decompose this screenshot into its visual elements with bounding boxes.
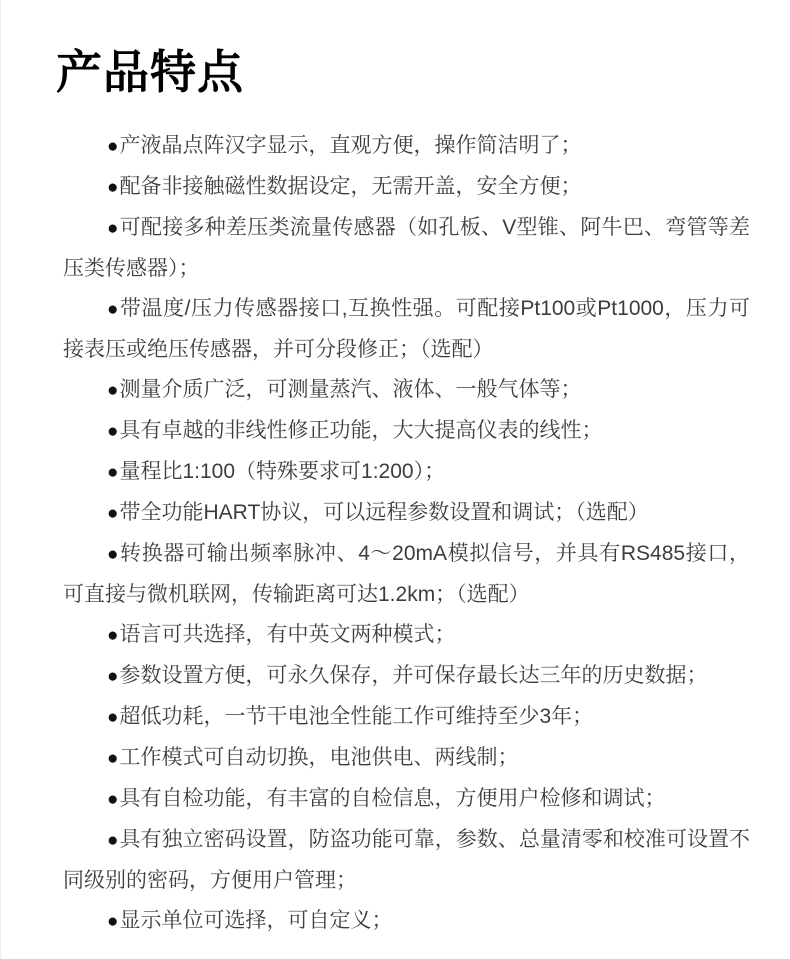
feature-item: ●可配接多种差压类流量传感器（如孔板、V型锥、阿牛巴、弯管等差压类传感器）；	[63, 208, 750, 289]
feature-text: 具有自检功能，有丰富的自检信息，方便用户检修和调试；	[119, 787, 665, 810]
bullet-icon: ●	[107, 911, 118, 932]
bullet-icon: ●	[107, 707, 118, 728]
feature-item: ●显示单位可选择，可自定义；	[63, 901, 750, 942]
feature-text: 参数设置方便，可永久保存，并可保存最长达三年的历史数据；	[119, 664, 707, 687]
feature-list: ●产液晶点阵汉字显示，直观方便，操作简洁明了； ●配备非接触磁性数据设定，无需开…	[1, 126, 790, 942]
feature-text: 具有卓越的非线性修正功能，大大提高仪表的线性；	[119, 419, 602, 442]
feature-text: 带全功能HART协议，可以远程参数设置和调试；（选配）	[119, 501, 648, 524]
bullet-icon: ●	[107, 218, 119, 239]
feature-text: 配备非接触磁性数据设定，无需开盖，安全方便；	[119, 175, 581, 198]
feature-text: 转换器可输出频率脉冲、4～20mA模拟信号，并具有RS485接口，可直接与微机联…	[63, 542, 750, 606]
bullet-icon: ●	[107, 136, 118, 157]
feature-item: ●带全功能HART协议，可以远程参数设置和调试；（选配）	[63, 493, 750, 534]
bullet-icon: ●	[107, 625, 118, 646]
product-features-page: 产品特点 ●产液晶点阵汉字显示，直观方便，操作简洁明了； ●配备非接触磁性数据设…	[0, 0, 790, 959]
bullet-icon: ●	[107, 544, 119, 565]
feature-item: ●具有自检功能，有丰富的自检信息，方便用户检修和调试；	[63, 779, 750, 820]
feature-text: 工作模式可自动切换，电池供电、两线制；	[119, 746, 518, 769]
bullet-icon: ●	[107, 789, 118, 810]
feature-item: ●量程比1:100（特殊要求可1:200）；	[63, 452, 750, 493]
bullet-icon: ●	[107, 462, 118, 483]
feature-item: ●语言可共选择，有中英文两种模式；	[63, 615, 750, 656]
bullet-icon: ●	[107, 177, 118, 198]
bullet-icon: ●	[107, 748, 118, 769]
feature-text: 语言可共选择，有中英文两种模式；	[119, 623, 455, 646]
feature-text: 产液晶点阵汉字显示，直观方便，操作简洁明了；	[119, 134, 581, 157]
feature-item: ●具有卓越的非线性修正功能，大大提高仪表的线性；	[63, 411, 750, 452]
feature-item: ●测量介质广泛，可测量蒸汽、液体、一般气体等；	[63, 370, 750, 411]
bullet-icon: ●	[107, 830, 119, 851]
bullet-icon: ●	[107, 299, 119, 320]
bullet-icon: ●	[107, 380, 118, 401]
feature-text: 超低功耗，一节干电池全性能工作可维持至少3年；	[119, 705, 593, 728]
feature-item: ●工作模式可自动切换，电池供电、两线制；	[63, 738, 750, 779]
feature-text: 显示单位可选择，可自定义；	[119, 909, 392, 932]
bullet-icon: ●	[107, 421, 118, 442]
feature-item: ●产液晶点阵汉字显示，直观方便，操作简洁明了；	[63, 126, 750, 167]
page-title: 产品特点	[1, 0, 790, 102]
feature-text: 带温度/压力传感器接口,互换性强。可配接Pt100或Pt1000，压力可接表压或…	[63, 297, 750, 361]
feature-text: 具有独立密码设置，防盗功能可靠，参数、总量清零和校准可设置不同级别的密码，方便用…	[63, 828, 750, 892]
feature-text: 测量介质广泛，可测量蒸汽、液体、一般气体等；	[119, 378, 581, 401]
feature-item: ●超低功耗，一节干电池全性能工作可维持至少3年；	[63, 697, 750, 738]
feature-item: ●转换器可输出频率脉冲、4～20mA模拟信号，并具有RS485接口，可直接与微机…	[63, 534, 750, 615]
feature-item: ●配备非接触磁性数据设定，无需开盖，安全方便；	[63, 167, 750, 208]
feature-text: 可配接多种差压类流量传感器（如孔板、V型锥、阿牛巴、弯管等差压类传感器）；	[63, 216, 750, 280]
bullet-icon: ●	[107, 666, 118, 687]
feature-text: 量程比1:100（特殊要求可1:200）；	[119, 460, 445, 483]
feature-item: ●参数设置方便，可永久保存，并可保存最长达三年的历史数据；	[63, 656, 750, 697]
bullet-icon: ●	[107, 503, 118, 524]
feature-item: ●带温度/压力传感器接口,互换性强。可配接Pt100或Pt1000，压力可接表压…	[63, 289, 750, 370]
feature-item: ●具有独立密码设置，防盗功能可靠，参数、总量清零和校准可设置不同级别的密码，方便…	[63, 820, 750, 901]
